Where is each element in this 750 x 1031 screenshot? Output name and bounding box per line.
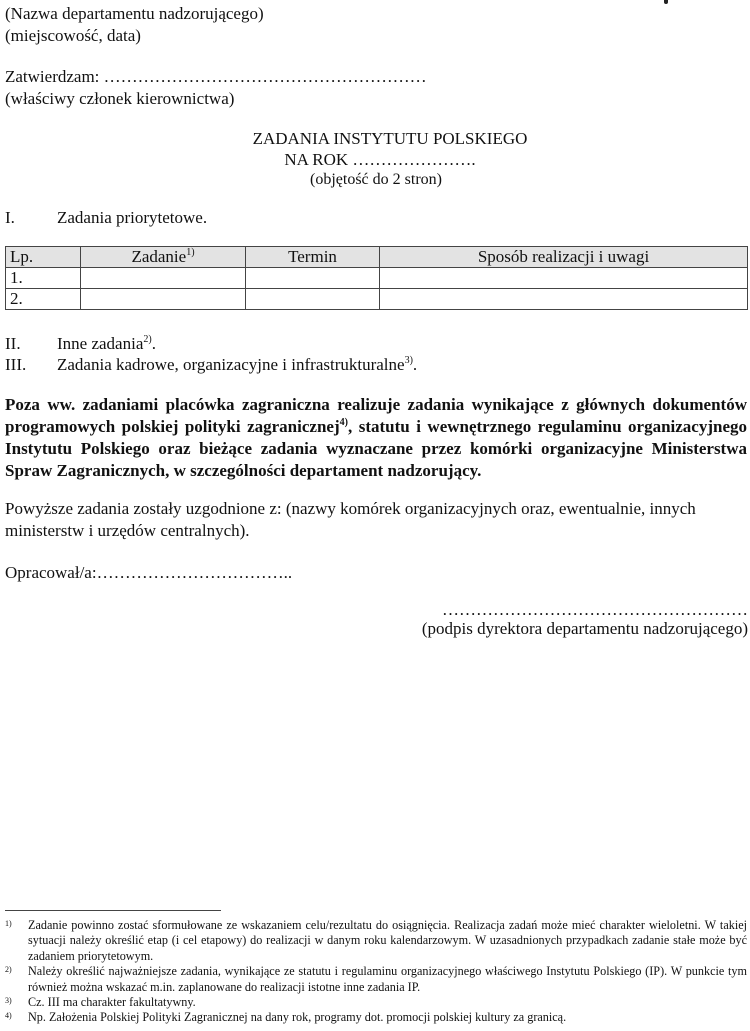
document-year: NA ROK …………………. bbox=[0, 149, 750, 171]
volume-note: (objętość do 2 stron) bbox=[0, 169, 750, 191]
approver-role: (właściwy członek kierownictwa) bbox=[5, 88, 234, 110]
footnote-ref-3: 3) bbox=[405, 355, 413, 366]
section-1-label: Zadania priorytetowe. bbox=[57, 208, 207, 227]
cell-deadline[interactable] bbox=[246, 289, 380, 310]
footnotes: 1)Zadanie powinno zostać sformułowane ze… bbox=[5, 918, 747, 1026]
section-2-heading: II.Inne zadania2). bbox=[5, 333, 156, 355]
table-header-row: Lp. Zadanie1) Termin Sposób realizacji i… bbox=[6, 247, 748, 268]
cell-task[interactable] bbox=[81, 289, 246, 310]
agreement-paragraph: Powyższe zadania zostały uzgodnione z: (… bbox=[5, 498, 747, 542]
cell-method[interactable] bbox=[380, 268, 748, 289]
section-1-number: I. bbox=[5, 207, 57, 229]
signature-label: (podpis dyrektora departamentu nadzorują… bbox=[400, 618, 748, 640]
section-3-heading: III.Zadania kadrowe, organizacyjne i inf… bbox=[5, 354, 417, 376]
cell-task[interactable] bbox=[81, 268, 246, 289]
cell-method[interactable] bbox=[380, 289, 748, 310]
mandate-paragraph: Poza ww. zadaniami placówka zagraniczna … bbox=[5, 394, 747, 482]
cell-lp: 1. bbox=[6, 268, 81, 289]
priority-tasks-table: Lp. Zadanie1) Termin Sposób realizacji i… bbox=[5, 246, 748, 310]
footnote-ref-2: 2) bbox=[143, 334, 151, 345]
header-deadline: Termin bbox=[246, 247, 380, 268]
approval-line: Zatwierdzam: ………………………………………………… bbox=[5, 66, 427, 88]
page-edge-mark bbox=[664, 0, 668, 4]
header-method: Sposób realizacji i uwagi bbox=[380, 247, 748, 268]
place-date: (miejscowość, data) bbox=[5, 25, 141, 47]
footnote-1: 1)Zadanie powinno zostać sformułowane ze… bbox=[5, 918, 747, 964]
header-lp: Lp. bbox=[6, 247, 81, 268]
section-2-number: II. bbox=[5, 333, 57, 355]
footnote-2: 2)Należy określić najważniejsze zadania,… bbox=[5, 964, 747, 995]
cell-lp: 2. bbox=[6, 289, 81, 310]
header-task: Zadanie1) bbox=[81, 247, 246, 268]
table-row: 2. bbox=[6, 289, 748, 310]
section-1-heading: I.Zadania priorytetowe. bbox=[5, 207, 207, 229]
cell-deadline[interactable] bbox=[246, 268, 380, 289]
department-name: (Nazwa departamentu nadzorującego) bbox=[5, 3, 264, 25]
footnote-3: 3)Cz. III ma charakter fakultatywny. bbox=[5, 995, 747, 1010]
section-3-number: III. bbox=[5, 354, 57, 376]
prepared-by: Opracował/a:…………………………….. bbox=[5, 562, 292, 584]
footnote-ref-4: 4) bbox=[340, 417, 348, 428]
footnote-ref-1: 1) bbox=[186, 247, 194, 258]
footnote-4: 4)Np. Założenia Polskiej Polityki Zagran… bbox=[5, 1010, 747, 1025]
document-title: ZADANIA INSTYTUTU POLSKIEGO bbox=[0, 128, 750, 150]
footnote-divider bbox=[5, 910, 221, 911]
table-row: 1. bbox=[6, 268, 748, 289]
